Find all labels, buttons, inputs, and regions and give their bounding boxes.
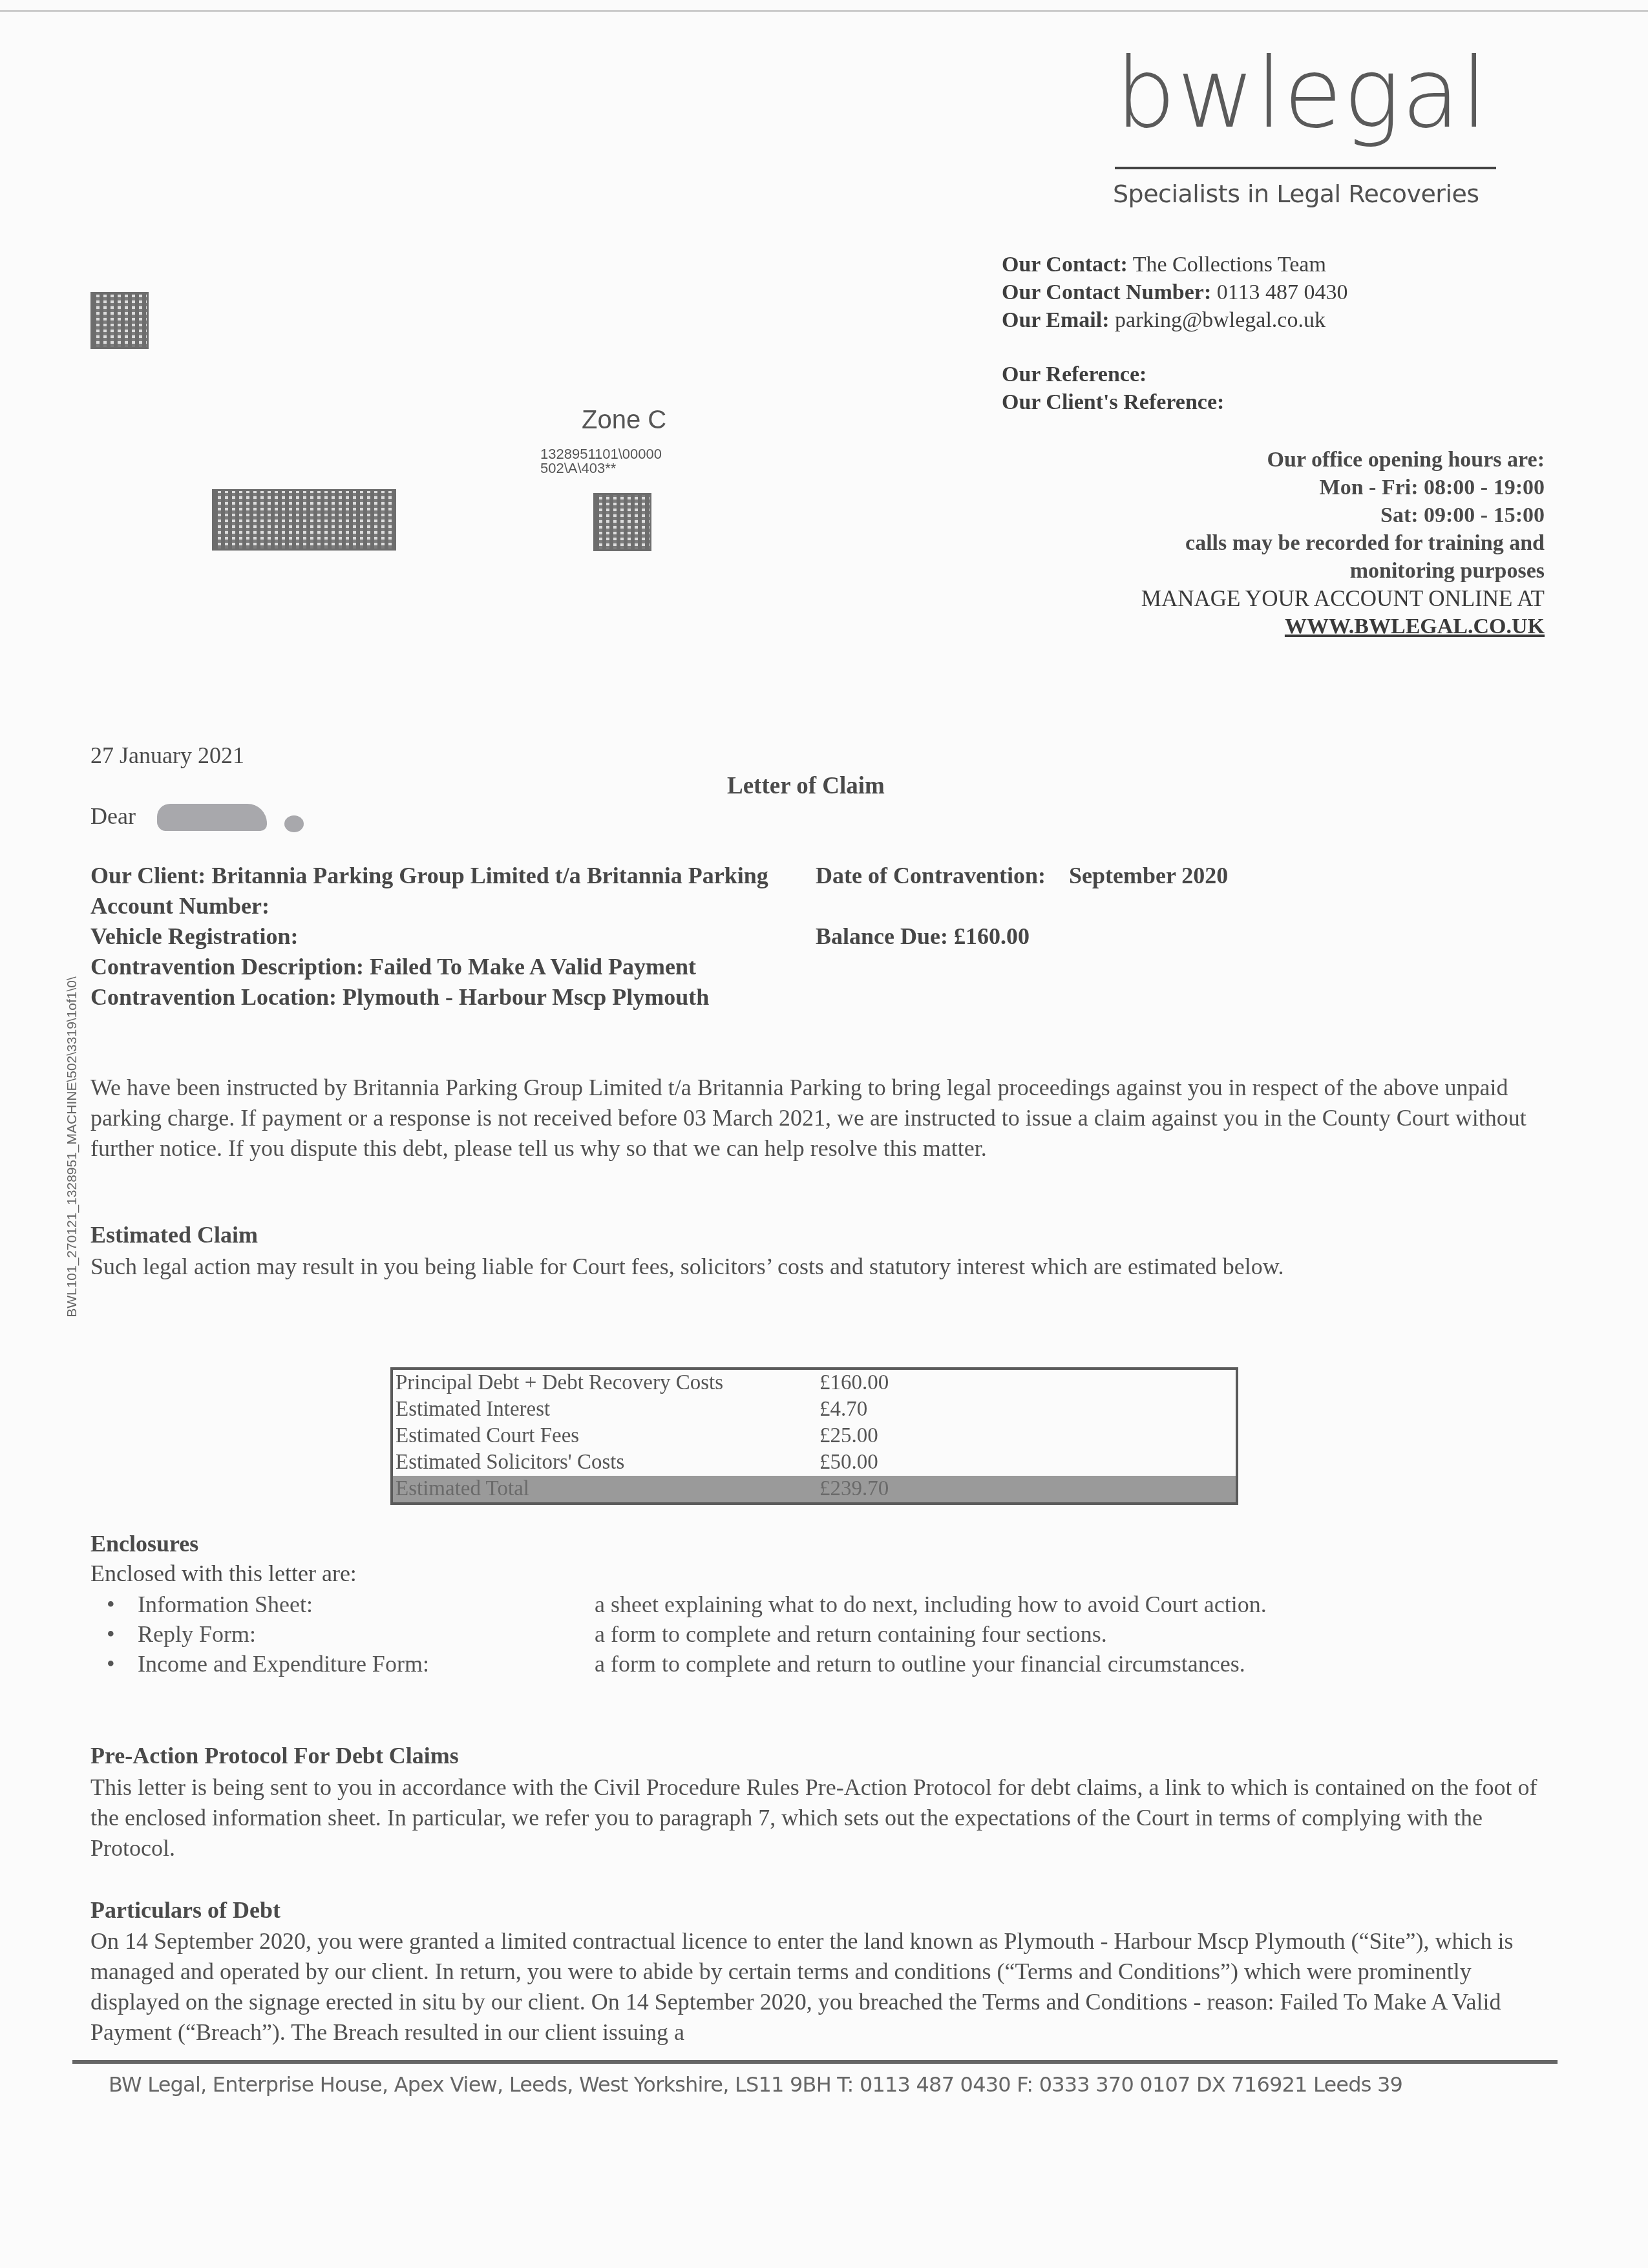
- list-item: •Information Sheet:a sheet explaining wh…: [107, 1590, 1267, 1619]
- manage-account-text: MANAGE YOUR ACCOUNT ONLINE AT: [1141, 585, 1545, 613]
- enclosures-list: •Information Sheet:a sheet explaining wh…: [107, 1590, 1267, 1679]
- redacted-name: [157, 804, 267, 831]
- estimated-claim-text: Such legal action may result in you bein…: [90, 1252, 1538, 1282]
- list-item: •Reply Form:a form to complete and retur…: [107, 1619, 1267, 1649]
- website-link[interactable]: WWW.BWLEGAL.CO.UK: [1141, 613, 1545, 640]
- bullet-icon: •: [107, 1649, 138, 1679]
- table-row: Estimated Court Fees£25.00: [392, 1423, 1237, 1449]
- claim-summary: Date of Contravention: September 2020 Ba…: [816, 861, 1228, 952]
- footer-address: BW Legal, Enterprise House, Apex View, L…: [109, 2072, 1402, 2097]
- enclosures-heading: Enclosures: [90, 1530, 198, 1557]
- intro-paragraph: We have been instructed by Britannia Par…: [90, 1073, 1538, 1164]
- bullet-icon: •: [107, 1619, 138, 1649]
- table-total-row: Estimated Total£239.70: [392, 1476, 1237, 1504]
- particulars-heading: Particulars of Debt: [90, 1896, 280, 1924]
- datamatrix-barcode-icon: [593, 493, 651, 551]
- table-row: Principal Debt + Debt Recovery Costs£160…: [392, 1369, 1237, 1396]
- balance-due: Balance Due: £160.00: [816, 921, 1228, 952]
- particulars-text: On 14 September 2020, you were granted a…: [90, 1926, 1538, 2048]
- mail-zone: Zone C: [582, 406, 666, 435]
- contact-row: Our Contact: The Collections Team: [1002, 251, 1347, 278]
- contact-row: Our Contact Number: 0113 487 0430: [1002, 278, 1347, 306]
- client-reference: Our Client's Reference:: [1002, 388, 1224, 416]
- contact-phone: 0113 487 0430: [1217, 280, 1348, 304]
- salutation: Dear: [90, 803, 136, 830]
- reference-block: Our Reference: Our Client's Reference:: [1002, 361, 1224, 416]
- estimated-claim-table: Principal Debt + Debt Recovery Costs£160…: [390, 1367, 1238, 1505]
- footer-divider: [72, 2060, 1558, 2064]
- contact-block: Our Contact: The Collections Team Our Co…: [1002, 251, 1347, 334]
- mail-sort-code: 1328951101\00000 502\A\403**: [540, 447, 662, 476]
- office-hours: Our office opening hours are: Mon - Fri:…: [1141, 446, 1545, 640]
- datamatrix-barcode-icon: [90, 292, 149, 349]
- contact-email: parking@bwlegal.co.uk: [1115, 308, 1326, 332]
- table-row: Estimated Solicitors' Costs£50.00: [392, 1449, 1237, 1476]
- redacted-name: [284, 815, 304, 832]
- scan-edge: [0, 10, 1648, 12]
- letter-title: Letter of Claim: [727, 772, 885, 800]
- list-item: •Income and Expenditure Form:a form to c…: [107, 1649, 1267, 1679]
- letter-date: 27 January 2021: [90, 742, 244, 769]
- our-reference: Our Reference:: [1002, 361, 1224, 388]
- datamatrix-barcode-icon: [212, 489, 396, 551]
- bullet-icon: •: [107, 1590, 138, 1619]
- contravention-date: September 2020: [1069, 863, 1228, 888]
- side-print-code: BWL101_270121_1328951_MACHINE\502\3319\1…: [65, 976, 80, 1318]
- logo-divider: [1115, 167, 1496, 169]
- estimated-claim-heading: Estimated Claim: [90, 1221, 258, 1248]
- contact-row: Our Email: parking@bwlegal.co.uk: [1002, 306, 1347, 334]
- table-row: Estimated Interest£4.70: [392, 1396, 1237, 1423]
- enclosures-intro: Enclosed with this letter are:: [90, 1560, 357, 1587]
- company-tagline: Specialists in Legal Recoveries: [1113, 180, 1479, 208]
- protocol-text: This letter is being sent to you in acco…: [90, 1772, 1538, 1864]
- protocol-heading: Pre-Action Protocol For Debt Claims: [90, 1742, 459, 1769]
- claim-details: Our Client: Britannia Parking Group Limi…: [90, 861, 814, 1013]
- company-logo: bwlegal: [1115, 45, 1489, 142]
